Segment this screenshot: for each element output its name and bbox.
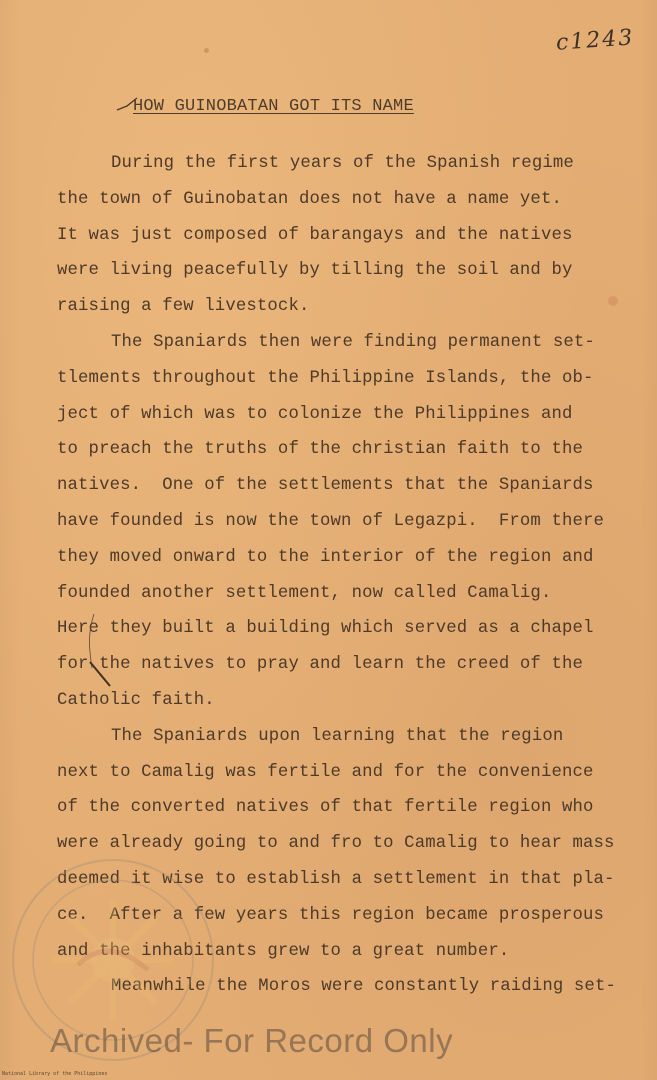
text-line: It was just composed of barangays and th… <box>57 218 647 254</box>
document-page: c1243 HOW GUINOBATAN GOT ITS NAME During… <box>0 0 657 1080</box>
text-line: the town of Guinobatan does not have a n… <box>57 182 647 218</box>
text-line: they moved onward to the interior of the… <box>57 540 647 576</box>
text-line: During the first years of the Spanish re… <box>57 146 647 182</box>
text-line: The Spaniards upon learning that the reg… <box>57 719 647 755</box>
pen-insertion-mark <box>80 612 130 692</box>
handwritten-reference-number: c1243 <box>555 25 635 55</box>
text-line: founded another settlement, now called C… <box>57 576 647 612</box>
text-line: for the natives to pray and learn the cr… <box>57 647 647 683</box>
text-line: to preach the truths of the christian fa… <box>57 432 647 468</box>
text-line: were living peacefully by tilling the so… <box>57 253 647 289</box>
document-title: HOW GUINOBATAN GOT ITS NAME <box>133 97 414 116</box>
text-line: of the converted natives of that fertile… <box>57 790 647 826</box>
paper-spot <box>204 48 209 53</box>
scan-metadata-footer: National Library of the Philippines <box>2 1071 107 1077</box>
text-line: Here they built a building which served … <box>57 611 647 647</box>
text-line: Catholic faith. <box>57 683 647 719</box>
text-line: The Spaniards then were finding permanen… <box>57 325 647 361</box>
text-line: raising a few livestock. <box>57 289 647 325</box>
text-line: natives. One of the settlements that the… <box>57 468 647 504</box>
text-line: have founded is now the town of Legazpi.… <box>57 504 647 540</box>
archive-watermark: Archived- For Record Only <box>50 1022 453 1060</box>
text-line: ject of which was to colonize the Philip… <box>57 397 647 433</box>
text-line: next to Camalig was fertile and for the … <box>57 755 647 791</box>
text-line: tlements throughout the Philippine Islan… <box>57 361 647 397</box>
